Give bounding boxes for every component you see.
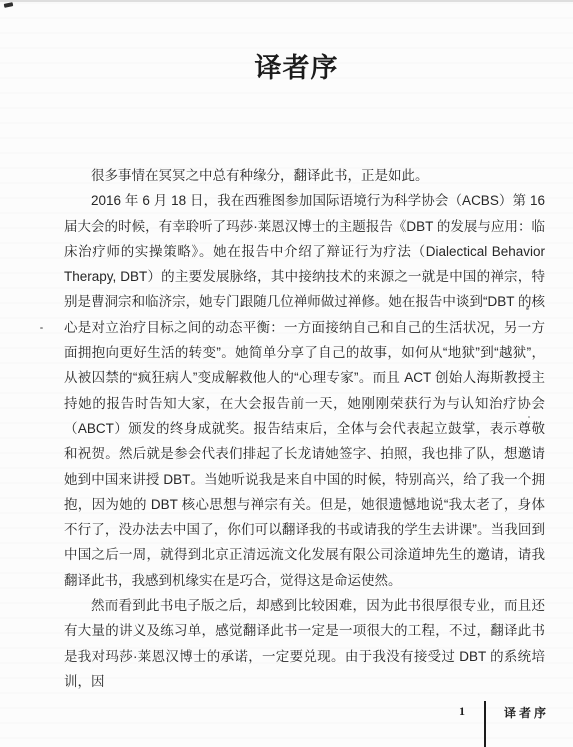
page-number: 1 bbox=[452, 704, 472, 719]
footer-section-label: 译者序 bbox=[504, 704, 549, 721]
preface-paragraph: 2016 年 6 月 18 日，我在西雅图参加国际语境行为科学协会（ACBS）第… bbox=[64, 188, 545, 593]
preface-body: 很多事情在冥冥之中总有种缘分，翻译此书，正是如此。 2016 年 6 月 18 … bbox=[64, 163, 545, 694]
scan-speck bbox=[40, 327, 43, 329]
scan-smudge-mark bbox=[4, 2, 14, 8]
footer-divider-rule bbox=[484, 701, 486, 747]
preface-paragraph: 很多事情在冥冥之中总有种缘分，翻译此书，正是如此。 bbox=[64, 163, 545, 188]
page-title: 译者序 bbox=[56, 46, 537, 85]
preface-paragraph: 然而看到此书电子版之后，却感到比较困难，因为此书很厚很专业，而且还有大量的讲义及… bbox=[64, 593, 545, 694]
book-page: 译者序 很多事情在冥冥之中总有种缘分，翻译此书，正是如此。 2016 年 6 月… bbox=[0, 0, 573, 747]
